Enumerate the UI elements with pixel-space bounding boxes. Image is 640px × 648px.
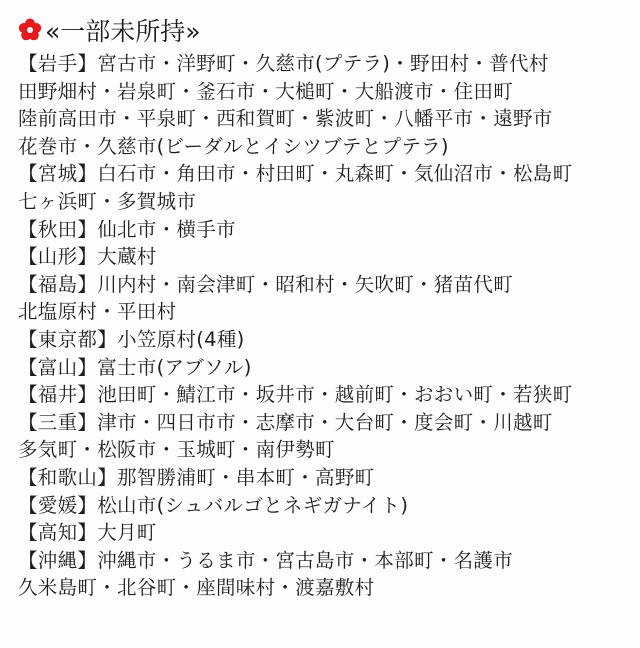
prefecture-label: 【東京都】: [18, 328, 117, 351]
municipalities: 花巻市・久慈市(ビーダルとイシツブテとプテラ): [18, 135, 449, 158]
list-line: 七ヶ浜町・多賀城市: [18, 188, 640, 216]
municipalities: 多気町・松阪市・玉城町・南伊勢町: [18, 438, 335, 461]
title-row: «一部未所持»: [18, 12, 640, 48]
list-line: 【三重】津市・四日市市・志摩市・大台町・度会町・川越町: [18, 409, 640, 437]
prefecture-label: 【岩手】: [18, 52, 97, 75]
list-line: 【高知】大月町: [18, 519, 640, 547]
municipalities: 那智勝浦町・串本町・高野町: [117, 466, 374, 489]
municipalities: 沖縄市・うるま市・宮古島市・本部町・名護市: [97, 549, 513, 572]
page-title: «一部未所持»: [45, 12, 201, 48]
prefecture-label: 【秋田】: [18, 218, 97, 241]
list-line: 【山形】大蔵村: [18, 243, 640, 271]
municipalities: 仙北市・横手市: [97, 218, 236, 241]
list-line: 多気町・松阪市・玉城町・南伊勢町: [18, 436, 640, 464]
prefecture-label: 【宮城】: [18, 162, 97, 185]
municipalities: 富士市(アブソル): [97, 356, 251, 379]
list-line: 【富山】富士市(アブソル): [18, 354, 640, 382]
municipalities: 池田町・鯖江市・坂井市・越前町・おおい町・若狭町: [97, 383, 572, 406]
list-line: 【宮城】白石市・角田市・村田町・丸森町・気仙沼市・松島町: [18, 160, 640, 188]
municipalities: 宮古市・洋野町・久慈市(プテラ)・野田村・普代村: [97, 52, 548, 75]
list-line: 北塩原村・平田村: [18, 298, 640, 326]
list-line: 【福井】池田町・鯖江市・坂井市・越前町・おおい町・若狭町: [18, 381, 640, 409]
list-line: 【愛媛】松山市(シュバルゴとネギガナイト): [18, 492, 640, 520]
list-line: 【沖縄】沖縄市・うるま市・宮古島市・本部町・名護市: [18, 547, 640, 575]
municipalities: 小笠原村(4種): [117, 328, 245, 351]
prefecture-label: 【三重】: [18, 411, 97, 434]
municipalities: 久米島町・北谷町・座間味村・渡嘉敷村: [18, 576, 374, 599]
municipalities: 大月町: [97, 521, 156, 544]
municipalities: 白石市・角田市・村田町・丸森町・気仙沼市・松島町: [97, 162, 572, 185]
prefecture-label: 【福島】: [18, 273, 97, 296]
prefecture-label: 【沖縄】: [18, 549, 97, 572]
municipalities: 七ヶ浜町・多賀城市: [18, 190, 196, 213]
list-line: 花巻市・久慈市(ビーダルとイシツブテとプテラ): [18, 133, 640, 161]
prefecture-label: 【愛媛】: [18, 494, 97, 517]
prefecture-label: 【高知】: [18, 521, 97, 544]
municipalities: 北塩原村・平田村: [18, 300, 176, 323]
municipality-list: 【岩手】宮古市・洋野町・久慈市(プテラ)・野田村・普代村 田野畑村・岩泉町・釜石…: [18, 50, 640, 602]
list-line: 田野畑村・岩泉町・釜石市・大槌町・大船渡市・住田町: [18, 78, 640, 106]
prefecture-label: 【和歌山】: [18, 466, 117, 489]
list-line: 【東京都】小笠原村(4種): [18, 326, 640, 354]
prefecture-label: 【富山】: [18, 356, 97, 379]
list-line: 陸前高田市・平泉町・西和賀町・紫波町・八幡平市・遠野市: [18, 105, 640, 133]
municipalities: 津市・四日市市・志摩市・大台町・度会町・川越町: [97, 411, 552, 434]
document: «一部未所持» 【岩手】宮古市・洋野町・久慈市(プテラ)・野田村・普代村 田野畑…: [18, 12, 640, 602]
list-line: 【福島】川内村・南会津町・昭和村・矢吹町・猪苗代町: [18, 271, 640, 299]
list-line: 【岩手】宮古市・洋野町・久慈市(プテラ)・野田村・普代村: [18, 50, 640, 78]
prefecture-label: 【福井】: [18, 383, 97, 406]
municipalities: 川内村・南会津町・昭和村・矢吹町・猪苗代町: [97, 273, 513, 296]
list-line: 久米島町・北谷町・座間味村・渡嘉敷村: [18, 574, 640, 602]
list-line: 【秋田】仙北市・横手市: [18, 216, 640, 244]
municipalities: 松山市(シュバルゴとネギガナイト): [97, 494, 408, 517]
flower-icon: [18, 18, 42, 42]
municipalities: 大蔵村: [97, 245, 156, 268]
list-line: 【和歌山】那智勝浦町・串本町・高野町: [18, 464, 640, 492]
prefecture-label: 【山形】: [18, 245, 97, 268]
municipalities: 田野畑村・岩泉町・釜石市・大槌町・大船渡市・住田町: [18, 80, 513, 103]
municipalities: 陸前高田市・平泉町・西和賀町・紫波町・八幡平市・遠野市: [18, 107, 553, 130]
